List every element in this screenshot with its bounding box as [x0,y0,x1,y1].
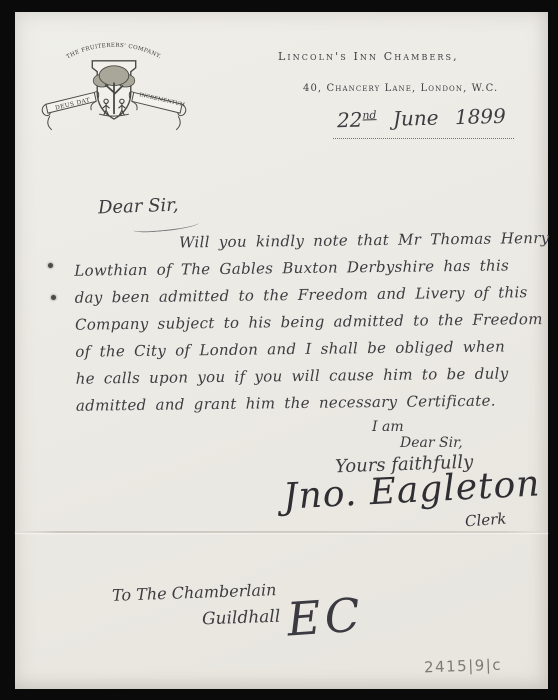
letter-page: THE FRUITERERS' COMPANY. [15,12,548,689]
date-suffix: nd [362,109,376,122]
closing-dear-sir: Dear Sir, [400,435,463,451]
letter-body: Will you kindly note that Mr Thomas Henr… [74,225,524,419]
punch-hole [48,263,53,268]
closing-i-am: I am [372,419,404,435]
date-year: 1899 [455,104,507,129]
motto-ribbon-left: DEUS DAT [42,92,98,130]
scan-background: THE FRUITERERS' COMPANY. [0,0,558,700]
addressee-initials: EC [285,587,365,646]
letter-date: 22nd June 1899 [337,104,506,132]
fruiterers-company-crest: THE FRUITERERS' COMPANY. [40,25,188,149]
signatory-title: Clerk [464,510,507,531]
date-rule [333,138,514,139]
fold-crease [15,531,548,533]
date-month: June [393,106,439,131]
body-line: admitted and grant him the necessary Cer… [76,387,524,419]
letterhead-address-line2: 40, Chancery Lane, London, W.C. [303,83,498,94]
crest-arc-title: THE FRUITERERS' COMPANY. [66,43,163,61]
addressee-line: To The Chamberlain [112,580,277,605]
salutation: Dear Sir, [98,195,179,219]
body-line: Will you kindly note that Mr Thomas Henr… [179,225,522,256]
date-day: 22 [337,108,363,133]
addressee-place: Guildhall [202,607,281,630]
pencil-reference: 2415|9|c [424,656,503,677]
punch-hole [51,295,56,300]
letterhead-address-line1: Lincoln's Inn Chambers, [278,50,459,63]
motto-ribbon-right: INCREMENTUM [129,92,185,130]
